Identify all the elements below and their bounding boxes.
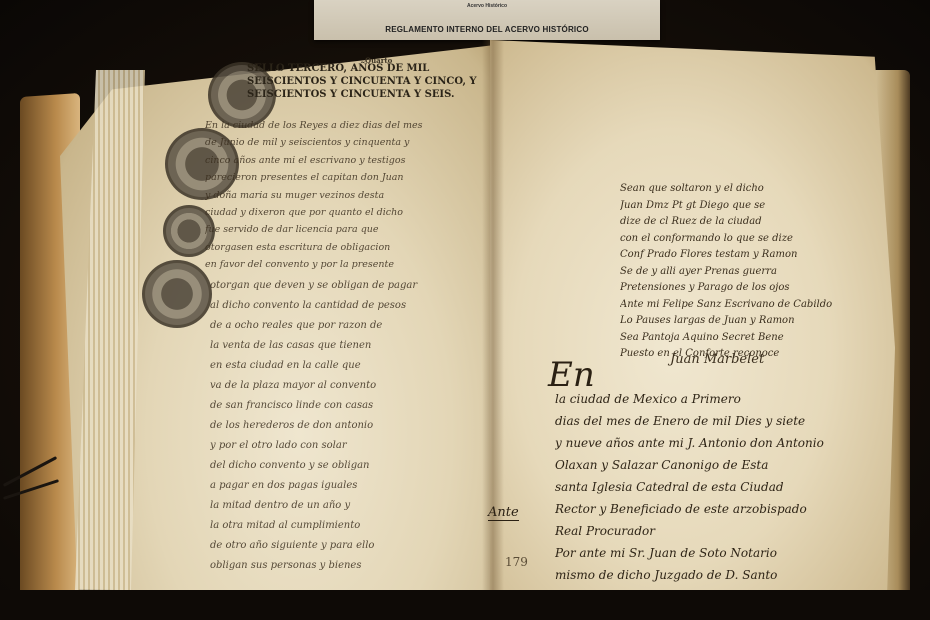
manuscript-line: Rector y Beneficiado de este arzobispado [555,502,885,524]
manuscript-line: Sean que soltaron y el dicho [620,183,870,200]
manuscript-line: Por ante mi Sr. Juan de Soto Notario [555,546,885,568]
manuscript-line: Lo Pauses largas de Juan y Ramon [620,315,870,332]
manuscript-line: Ante mi Felipe Sanz Escrivano de Cabildo [620,299,870,316]
manuscript-line: mismo de dicho Juzgado de D. Santo [555,568,885,590]
manuscript-line: del dicho convento y se obligan [210,460,480,480]
manuscript-line: Conf Prado Flores testam y Ramon [620,249,870,266]
left-page-text-lower: otorgan que deven y se obligan de pagar … [210,280,480,580]
manuscript-line: ciudad y dixeron que por quanto el dicho [205,207,480,224]
manuscript-line: con el conformando lo que se dize [620,233,870,250]
manuscript-line: la venta de las casas que tienen [210,340,480,360]
manuscript-line: Real Procurador [555,524,885,546]
manuscript-line: en favor del convento y por la presente [205,259,480,276]
manuscript-line: y doña maria su muger vezinos desta [205,190,480,207]
manuscript-line: Olaxan y Salazar Canonigo de Esta [555,458,885,480]
placard-title: REGLAMENTO INTERNO DEL ACERVO HISTÓRICO [314,25,660,34]
manuscript-line: dias del mes de Enero de mil Dies y siet… [555,414,885,436]
manuscript-line: y por el otro lado con solar [210,440,480,460]
manuscript-line: de Junio de mil y seiscientos y cinquent… [205,137,480,154]
manuscript-line: cinco años ante mi el escrivano y testig… [205,155,480,172]
manuscript-line: En la ciudad de los Reyes a diez dias de… [205,120,480,137]
manuscript-line: la otra mitad al cumplimiento [210,520,480,540]
manuscript-line: Se de y alli ayer Prenas guerra [620,266,870,283]
manuscript-line: Sea Pantoja Aquino Secret Bene [620,332,870,349]
manuscript-line: Juan Dmz Pt gt Diego que se [620,200,870,217]
manuscript-line: fue servido de dar licencia para que [205,224,480,241]
folio-number: 179 [505,555,528,569]
exhibit-placard: Acervo Histórico REGLAMENTO INTERNO DEL … [314,0,660,40]
manuscript-line: la mitad dentro de un año y [210,500,480,520]
manuscript-line: parecieron presentes el capitan don Juan [205,172,480,189]
manuscript-line: al dicho convento la cantidad de pesos [210,300,480,320]
manuscript-line: a pagar en dos pagas iguales [210,480,480,500]
manuscript-line: otorgan que deven y se obligan de pagar [210,280,480,300]
manuscript-line: santa Iglesia Catedral de esta Ciudad [555,480,885,502]
display-base-shadow [0,590,930,620]
manuscript-line: otorgasen esta escritura de obligacion [205,242,480,259]
catchword: Ante [488,505,519,521]
right-page-text-upper: Sean que soltaron y el dicho Juan Dmz Pt… [620,183,870,365]
manuscript-line: Pretensiones y Parago de los ojos [620,282,870,299]
manuscript-line: de otro año siguiente y para ello [210,540,480,560]
printed-sello-header: SELLO TERCERO, AÑOS DE MIL SEISCIENTOS Y… [247,62,482,101]
royal-seal-icon [142,260,212,328]
manuscript-line: obligan sus personas y bienes [210,560,480,580]
manuscript-line: la ciudad de Mexico a Primero [555,392,885,414]
manuscript-line: de los herederos de don antonio [210,420,480,440]
manuscript-line: dize de cl Ruez de la ciudad [620,216,870,233]
manuscript-line: de san francisco linde con casas [210,400,480,420]
signature: Juan Marbelet [670,352,764,367]
manuscript-line: en esta ciudad en la calle que [210,360,480,380]
decorated-initial: En [548,355,595,395]
manuscript-line: y nueve años ante mi J. Antonio don Anto… [555,436,885,458]
manuscript-line: de a ocho reales que por razon de [210,320,480,340]
right-page-text-lower: la ciudad de Mexico a Primero dias del m… [555,392,885,612]
left-page-text-upper: En la ciudad de los Reyes a diez dias de… [205,120,480,277]
placard-subtitle: Acervo Histórico [314,3,660,9]
manuscript-line: va de la plaza mayor al convento [210,380,480,400]
